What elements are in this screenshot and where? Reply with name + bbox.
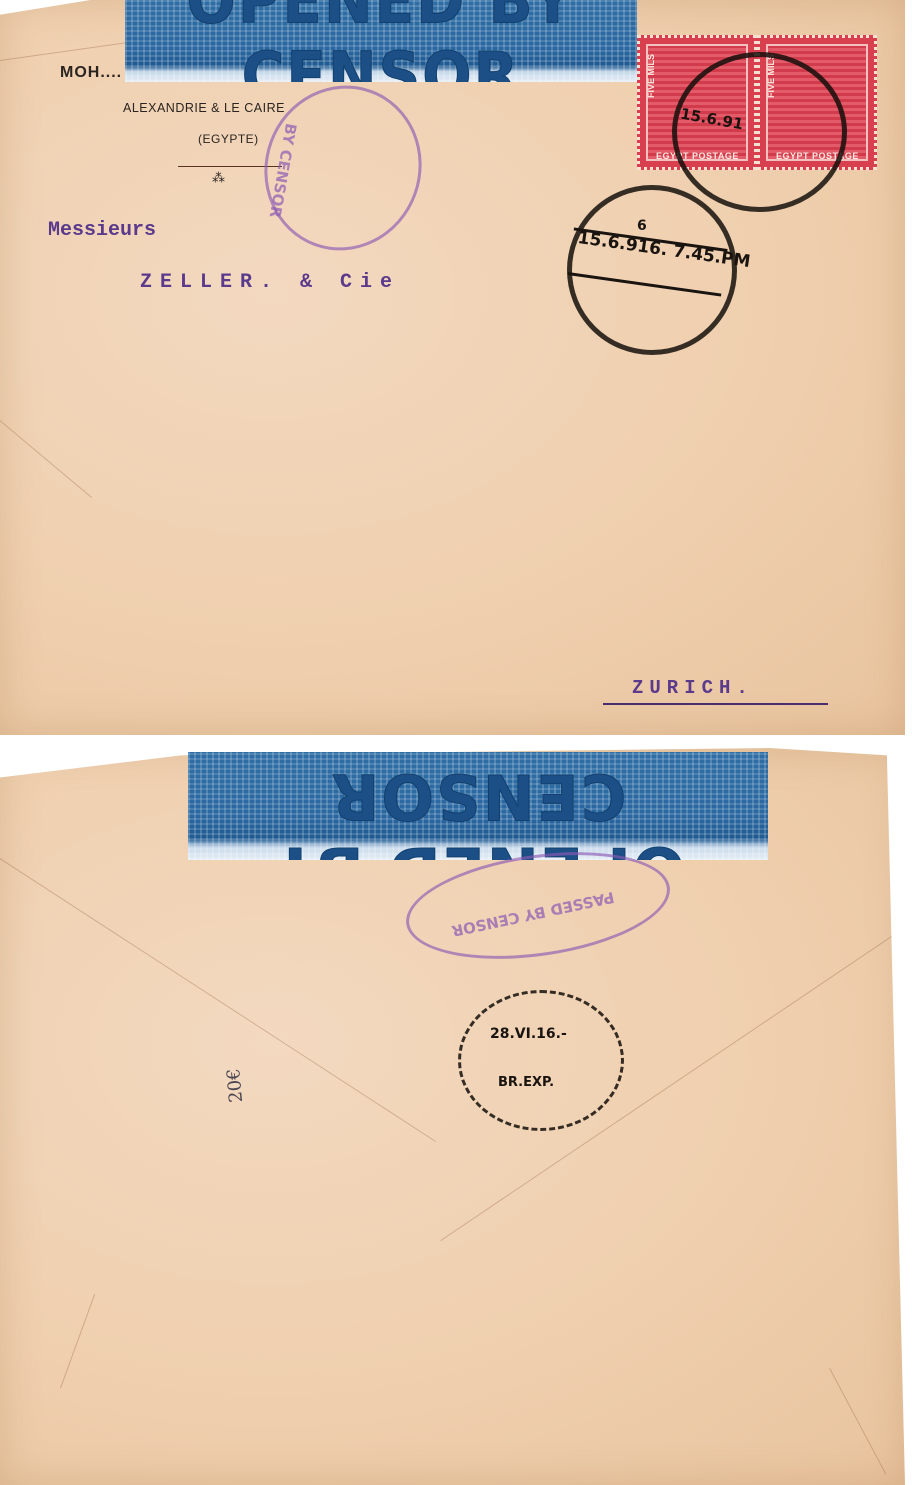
stamp-value-text: FIVE MILS: [646, 54, 656, 98]
addressee-salutation: Messieurs: [48, 219, 156, 242]
addressee-city: ZURICH.: [632, 677, 754, 699]
postmark-cancel: [672, 52, 847, 212]
postmark-bottom-text: BR.EXP.: [498, 1075, 554, 1090]
pencil-price-note: 20€: [223, 1067, 247, 1103]
censor-label-front: OPENED BY CENSOR: [125, 0, 637, 82]
postmark-date: 28.VI.16.-: [490, 1026, 567, 1042]
ornament-icon: ⁂: [212, 170, 225, 186]
addressee-name: ZELLER. & Cie: [140, 271, 400, 294]
sender-company: MOH....: [60, 64, 122, 82]
flap-edge: [829, 1368, 886, 1474]
flap-edge: [60, 1294, 95, 1388]
sender-city: ALEXANDRIE & LE CAIRE: [123, 101, 285, 115]
flap-edge: [0, 858, 436, 1142]
censor-label-text: OPENED BY CENSOR: [125, 0, 637, 82]
city-underline: [603, 703, 828, 705]
postmark-number: 6: [637, 218, 647, 234]
censor-label-text: OPENED BY CENSOR: [188, 760, 768, 860]
censor-label-back: OPENED BY CENSOR: [188, 752, 768, 860]
paper-crease: [0, 420, 92, 498]
postmark-zurich: [458, 990, 624, 1131]
sender-country: (EGYPTE): [198, 132, 259, 146]
